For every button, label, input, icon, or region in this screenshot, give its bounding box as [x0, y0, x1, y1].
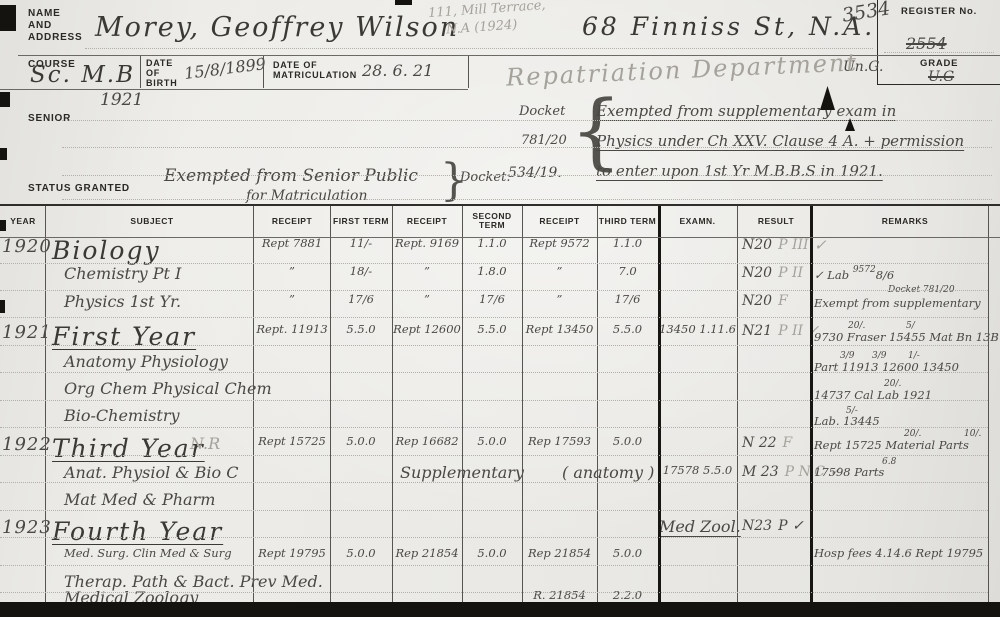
cell-term1-r7: 5.0.0 [331, 436, 391, 448]
cell-term2-r7: 5.0.0 [463, 436, 521, 448]
cell-year-r3: 1921 [2, 324, 44, 342]
cell-result-r7: N 22F [742, 436, 810, 450]
cell-remarks-r1: ✓ Lab 95728/6 [814, 266, 996, 282]
cell-note-r3: 5/- [846, 407, 858, 416]
table-top-border [0, 204, 1000, 206]
student-record-card: NAME AND ADDRESS Morey, Geoffrey Wilson … [0, 0, 1000, 617]
scan-edge-mark [0, 148, 7, 160]
cell-receipt1-r1: ” [255, 266, 329, 278]
cell-receipt2-r11: Rep 21854 [393, 548, 461, 560]
cell-term2-r1: 1.8.0 [463, 266, 521, 278]
ruled-line [0, 317, 988, 318]
ruled-line [0, 592, 988, 593]
cell-note-r3: 3/9 [872, 352, 886, 361]
col-header-receipt1: Receipt [255, 206, 329, 236]
cell-examn-r10: Med Zool. [659, 519, 736, 535]
cell-receipt2-r1: ” [393, 266, 461, 278]
cell-result-r0: N20P III [742, 238, 810, 252]
cell-note-r3: 20/. [884, 380, 901, 389]
ruled-line [0, 263, 988, 264]
ruled-line [0, 345, 988, 346]
col-header-receipt3: Receipt [523, 206, 596, 236]
cell-note-r7: N.R [190, 436, 220, 452]
cell-term3-r2: 17/6 [598, 294, 657, 306]
cell-remarks-r3: Lab. 13445 [814, 416, 996, 428]
table-header-border [0, 237, 1000, 238]
col-header-receipt2: Receipt [393, 206, 461, 236]
column-line [988, 204, 989, 602]
ruled-line [0, 482, 988, 483]
cell-term3-r3: 5.5.0 [598, 324, 657, 336]
cell-remarks-r7: Rept 15725 Material Parts [814, 440, 996, 452]
col-header-remarks: Remarks [814, 206, 996, 236]
col-header-term1: First Term [331, 206, 391, 236]
ruled-line [0, 290, 988, 291]
col-header-term3: Third Term [598, 206, 657, 236]
cell-examn-r3: 13450 1.11.6 [659, 324, 736, 336]
cell-examn-r8: 17578 5.5.0 [659, 465, 736, 477]
cell-subject-r11: Med. Surg. Clin Med & Surg [64, 548, 259, 560]
ruled-line [0, 372, 988, 373]
ruled-line [0, 455, 988, 456]
cell-term3-r1: 7.0 [598, 266, 657, 278]
ruled-line [0, 565, 988, 566]
cell-year-r10: 1923 [2, 519, 44, 537]
col-header-examn: Examn. [659, 206, 736, 236]
cell-term3-r0: 1.1.0 [598, 238, 657, 250]
cell-subject-r5: Org Chem Physical Chem [64, 381, 272, 397]
cell-subject-r0: Biology [52, 238, 252, 263]
cell-receipt3-r1: ” [523, 266, 596, 278]
cell-receipt3-r11: Rep 21854 [523, 548, 596, 560]
cell-result-r3: N21P II ✓ [742, 324, 810, 338]
cell-note-r3: 5/ [906, 322, 915, 331]
ruled-line [0, 427, 988, 428]
col-header-subject: Subject [52, 206, 252, 236]
cell-term2-r2: 17/6 [463, 294, 521, 306]
cell-note-r3: 1/- [908, 352, 920, 361]
cell-note-r8: 6.8 [882, 458, 896, 467]
cell-term3-r7: 5.0.0 [598, 436, 657, 448]
cell-receipt1-r7: Rept 15725 [255, 436, 329, 448]
cell-note-r7: 20/. [904, 430, 921, 439]
cell-result-r10: N23P ✓ [742, 519, 810, 533]
cell-subject-r9: Mat Med & Pharm [64, 492, 215, 508]
scan-edge-mark [0, 300, 5, 313]
cell-term1-r1: 18/- [331, 266, 391, 278]
cell-year-r0: 1920 [2, 238, 44, 256]
cell-subject-r4: Anatomy Physiology [64, 354, 228, 370]
cell-receipt1-r2: ” [255, 294, 329, 306]
col-header-term2: Second Term [463, 206, 521, 236]
cell-term2-r11: 5.0.0 [463, 548, 521, 560]
cell-receipt1-r0: Rept 7881 [255, 238, 329, 250]
cell-subject-r8: Anat. Physiol & Bio C [64, 465, 238, 481]
cell-remarks-r2: Exempt from supplementary [814, 298, 996, 310]
cell-note-r8: ( anatomy ) [562, 465, 654, 481]
cell-result-r1: N20P II [742, 266, 810, 280]
cell-note-r3: 3/9 [840, 352, 854, 361]
ledger-table: YearSubjectReceiptFirst TermReceiptSecon… [0, 0, 1000, 617]
cell-term2-r3: 5.5.0 [463, 324, 521, 336]
cell-term1-r0: 11/- [331, 238, 391, 250]
cell-receipt1-r11: Rept 19795 [255, 548, 329, 560]
cell-subject-r2: Physics 1st Yr. [64, 294, 181, 310]
cell-subject-r1: Chemistry Pt I [64, 266, 181, 282]
cell-result-r2: N20F [742, 294, 810, 308]
cell-year-r7: 1922 [2, 436, 44, 454]
cell-remarks-r3: 9730 Fraser 15455 Mat Bn 13B [814, 332, 996, 344]
cell-receipt3-r2: ” [523, 294, 596, 306]
ruled-line [0, 537, 988, 538]
cell-receipt3-r0: Rept 9572 [523, 238, 596, 250]
cell-receipt1-r3: Rept. 11913 [255, 324, 329, 336]
cell-note-r7: 10/. [964, 430, 981, 439]
cell-term1-r11: 5.0.0 [331, 548, 391, 560]
cell-note-r3: 20/. [848, 322, 865, 331]
scan-edge-mark [0, 5, 16, 31]
cell-result-r8: M 23P N.C ✓ [742, 465, 810, 479]
cell-remarks-r0: ✓ [814, 238, 996, 253]
cell-subject-r10: Fourth Year [52, 519, 252, 544]
scan-edge-mark [0, 220, 6, 231]
cell-receipt2-r2: ” [393, 294, 461, 306]
cell-remarks-r8: 17598 Parts [814, 467, 996, 479]
cell-receipt3-r3: Rept 13450 [523, 324, 596, 336]
cell-receipt2-r7: Rep 16682 [393, 436, 461, 448]
cell-term1-r3: 5.5.0 [331, 324, 391, 336]
scan-edge-mark [395, 0, 412, 5]
cell-term3-r11: 5.0.0 [598, 548, 657, 560]
col-header-year: Year [2, 206, 44, 236]
cell-receipt3-r7: Rep 17593 [523, 436, 596, 448]
cell-term1-r2: 17/6 [331, 294, 391, 306]
cell-receipt2-r3: Rept 12600 [393, 324, 461, 336]
col-header-result: Result [742, 206, 810, 236]
cell-subject-r7: Third Year [52, 436, 252, 461]
cell-remarks-r11: Hosp fees 4.14.6 Rept 19795 [814, 548, 996, 560]
ruled-line [0, 400, 988, 401]
cell-term2-r0: 1.1.0 [463, 238, 521, 250]
cell-subject-r6: Bio-Chemistry [64, 408, 180, 424]
scan-bottom-border [0, 602, 1000, 617]
ruled-line [0, 510, 988, 511]
scan-edge-mark [0, 92, 10, 107]
cell-receipt2-r0: Rept. 9169 [393, 238, 461, 250]
